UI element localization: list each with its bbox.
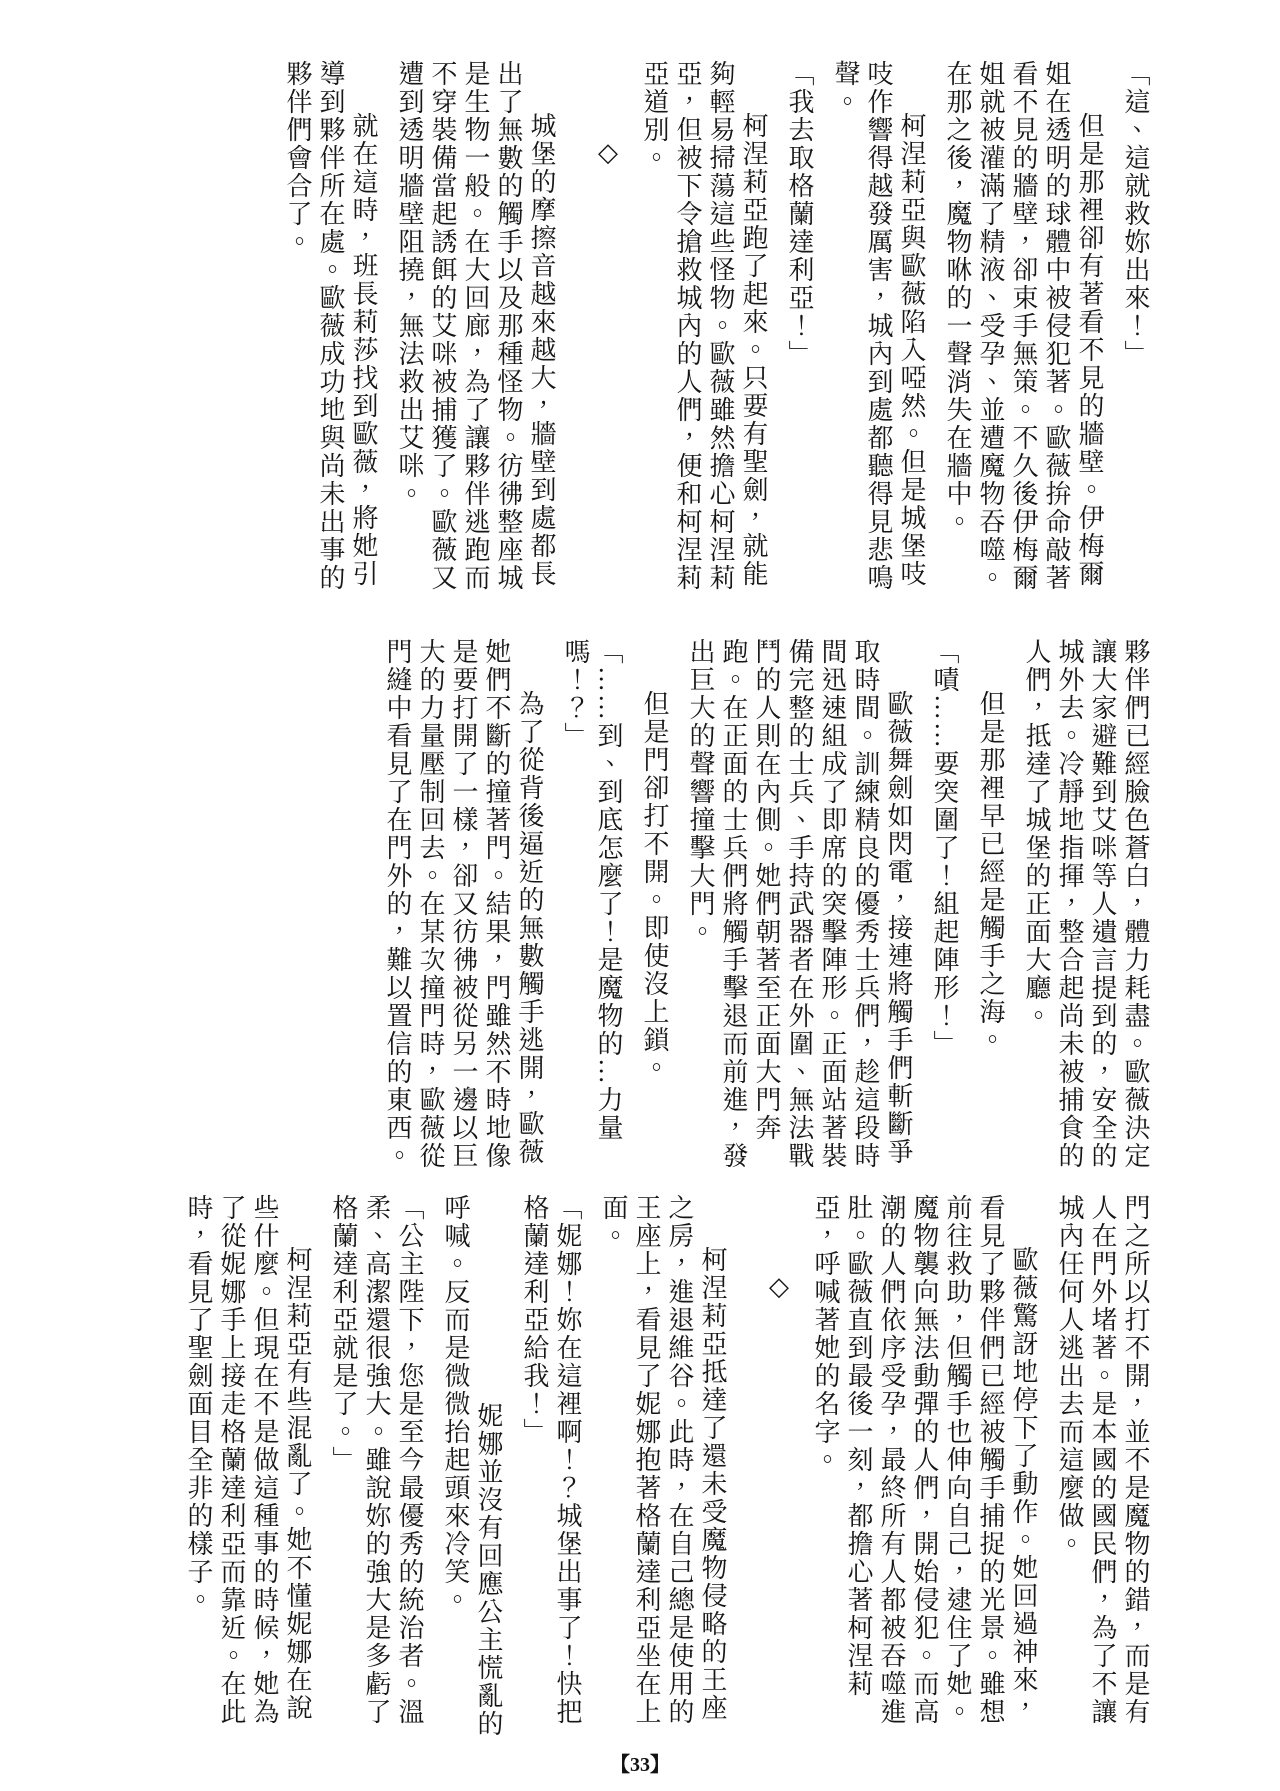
paragraph-narration: 但是那裡早已經是觸手之海。: [974, 638, 1007, 1184]
paragraph-dialogue: 「妮娜！妳在這裡啊！？城堡出事了！快把格蘭達利亞給我！」: [518, 1194, 584, 1746]
paragraph-narration: 但是門卻打不開。即使沒上鎖。: [638, 638, 671, 1184]
paragraph-dialogue: 「……到、到底怎麼了！是魔物的…力量嗎！？」: [559, 638, 625, 1184]
paragraph-narration: 門之所以打不開，並不是魔物的錯，而是有人在門外堵著。是本國的國民們，為了不讓城內…: [1053, 1194, 1152, 1746]
scene-break-mark: ◇: [592, 60, 625, 606]
paragraph-narration: 為了從背後逼近的無數觸手逃開，歐薇她們不斷的撞著門。結果，門雖然不時地像是要打開…: [381, 638, 546, 1184]
text-row-bottom: 門之所以打不開，並不是魔物的錯，而是有人在門外堵著。是本國的國民們，為了不讓城內…: [56, 1194, 1152, 1746]
text-row-middle: 夥伴們已經臉色蒼白，體力耗盡。歐薇決定讓大家避難到艾咪等人遺言提到的，安全的城外…: [56, 638, 1152, 1184]
paragraph-narration: 柯涅莉亞與歐薇陷入啞然。但是城堡吱吱作響得越發厲害，城內到處都聽得見悲鳴聲。: [829, 60, 928, 606]
paragraph-narration: 妮娜並沒有回應公主慌亂的呼喊。反而是微微抬起頭來冷笑。: [439, 1194, 505, 1746]
paragraph-narration: 柯涅莉亞有些混亂了。她不懂妮娜在說些什麼。但現在不是做這種事的時候，她為了從妮娜…: [182, 1194, 314, 1746]
paragraph-dialogue: 「我去取格蘭達利亞！」: [783, 60, 816, 606]
paragraph-dialogue: 「嘖……要突圍了！組起陣形！」: [928, 638, 961, 1184]
novel-page: 「這、這就救妳出來！」但是那裡卻有著看不見的牆壁。伊梅爾姐在透明的球體中被侵犯著…: [0, 0, 1280, 1791]
paragraph-narration: 柯涅莉亞跑了起來。只要有聖劍，就能夠輕易掃蕩這些怪物。歐薇雖然擔心柯涅莉亞，但被…: [638, 60, 770, 606]
paragraph-narration: 柯涅莉亞抵達了還未受魔物侵略的王座之房，進退維谷。此時，在自己總是使用的王座上，…: [597, 1194, 729, 1746]
paragraph-narration: 歐薇舞劍如閃電，接連將觸手們斬斷爭取時間。訓練精良的優秀士兵們，趁這段時間迅速組…: [684, 638, 915, 1184]
scene-break-mark: ◇: [763, 1194, 796, 1746]
text-row-top: 「這、這就救妳出來！」但是那裡卻有著看不見的牆壁。伊梅爾姐在透明的球體中被侵犯著…: [56, 60, 1152, 606]
paragraph-narration: 就在這時，班長莉莎找到歐薇，將她引導到夥伴所在處。歐薇成功地與尚未出事的夥伴們會…: [281, 60, 380, 606]
page-number: 【33】: [0, 1748, 1280, 1777]
paragraph-narration: 但是那裡卻有著看不見的牆壁。伊梅爾姐在透明的球體中被侵犯著。歐薇拚命敲著看不見的…: [941, 60, 1106, 606]
paragraph-narration: 城堡的摩擦音越來越大，牆壁到處都長出了無數的觸手以及那種怪物。彷彿整座城是生物一…: [393, 60, 558, 606]
paragraph-dialogue: 「公主陛下，您是至今最優秀的統治者。溫柔、高潔還很強大。雖說妳的強大是多虧了格蘭…: [327, 1194, 426, 1746]
paragraph-narration: 夥伴們已經臉色蒼白，體力耗盡。歐薇決定讓大家避難到艾咪等人遺言提到的，安全的城外…: [1020, 638, 1152, 1184]
paragraph-dialogue: 「這、這就救妳出來！」: [1119, 60, 1152, 606]
paragraph-narration: 歐薇驚訝地停下了動作。她回過神來，看見了夥伴們已經被觸手捕捉的光景。雖想前往救助…: [809, 1194, 1040, 1746]
